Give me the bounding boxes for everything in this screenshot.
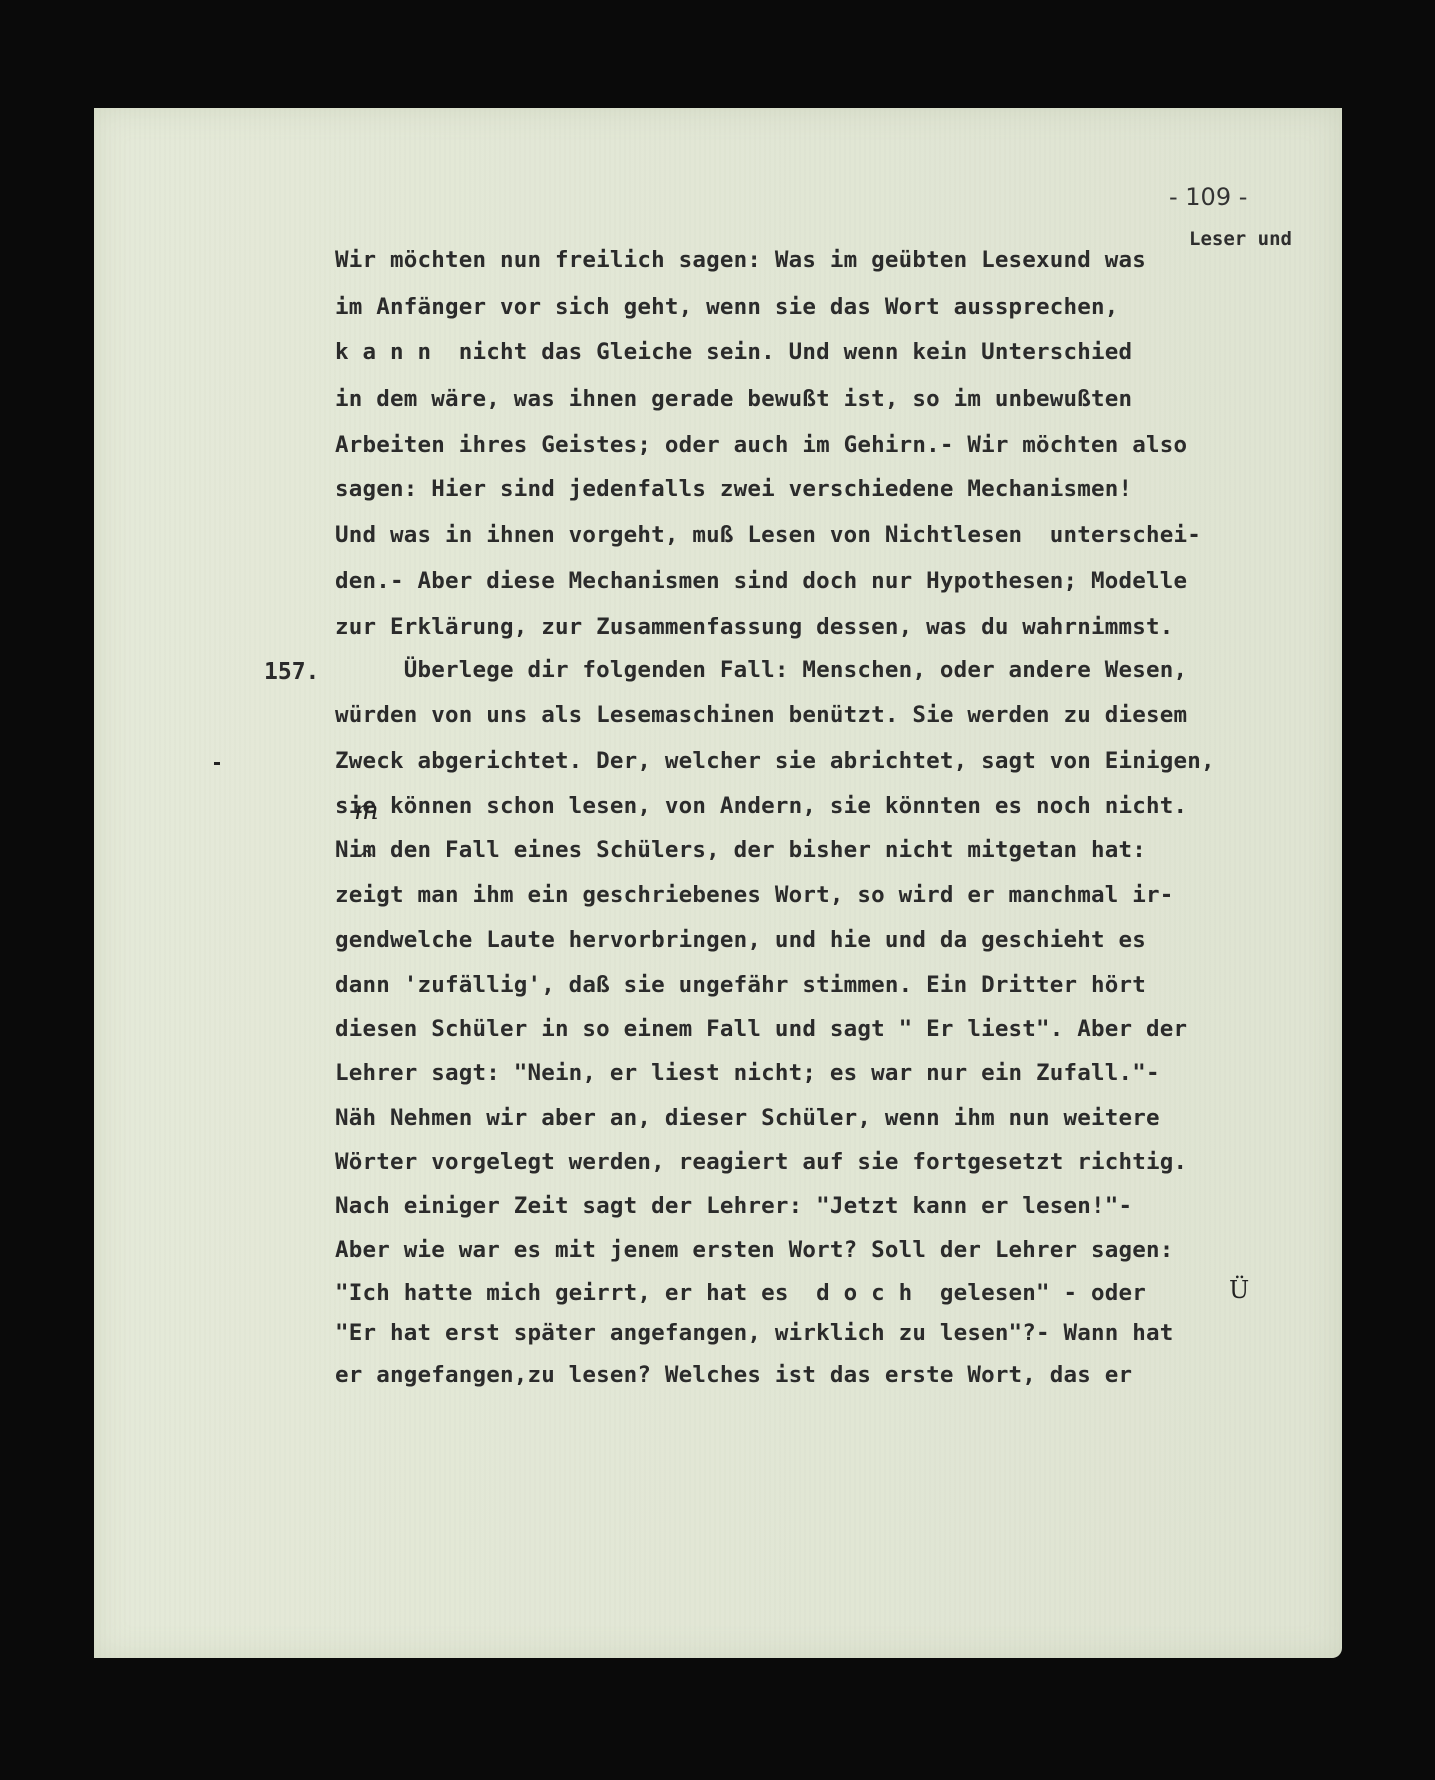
text-line: gendwelche Laute hervorbringen, und hie … — [335, 929, 1146, 952]
text-line: Wir möchten nun freilich sagen: Was im g… — [335, 249, 1146, 272]
text-line: Zweck abgerichtet. Der, welcher sie abri… — [335, 750, 1215, 773]
text-line: Aber wie war es mit jenem ersten Wort? S… — [335, 1239, 1174, 1262]
text-line: "Ich hatte mich geirrt, er hat es d o c … — [335, 1282, 1146, 1305]
text-line: Nim den Fall eines Schülers, der bisher … — [335, 839, 1146, 862]
text-line: dann 'zufällig', daß sie ungefähr stimme… — [335, 974, 1146, 997]
typescript-page: - 109 - Leser und Wir möchten nun freili… — [94, 108, 1342, 1658]
text-line: zur Erklärung, zur Zusammenfassung desse… — [335, 616, 1174, 639]
text-line: k a n n nicht das Gleiche sein. Und wenn… — [335, 341, 1132, 364]
text-line: sagen: Hier sind jedenfalls zwei verschi… — [335, 478, 1132, 501]
text-line: zeigt man ihm ein geschriebenes Wort, so… — [335, 884, 1174, 907]
text-line: Nach einiger Zeit sagt der Lehrer: "Jetz… — [335, 1195, 1132, 1218]
handwritten-mark: Ü — [1229, 1276, 1249, 1304]
text-line: er angefangen,zu lesen? Welches ist das … — [335, 1364, 1132, 1387]
ink-speck — [214, 762, 220, 765]
text-line: Überlege dir folgenden Fall: Menschen, o… — [335, 659, 1187, 682]
text-line: Und was in ihnen vorgeht, muß Lesen von … — [335, 524, 1201, 547]
section-number: 157. — [264, 659, 319, 685]
text-line: würden von uns als Lesemaschinen benützt… — [335, 704, 1187, 727]
handwritten-insertion: m — [354, 796, 379, 826]
text-line: "Er hat erst später angefangen, wirklich… — [335, 1322, 1174, 1345]
text-line: Lehrer sagt: "Nein, er liest nicht; es w… — [335, 1062, 1160, 1085]
text-line: diesen Schüler in so einem Fall und sagt… — [335, 1018, 1187, 1041]
text-line: Arbeiten ihres Geistes; oder auch im Geh… — [335, 434, 1187, 457]
text-line: den.- Aber diese Mechanismen sind doch n… — [335, 570, 1187, 593]
page-number: - 109 - — [1169, 183, 1247, 211]
typed-insertion: Leser und — [1189, 228, 1292, 250]
text-line: im Anfänger vor sich geht, wenn sie das … — [335, 296, 1119, 319]
text-line: in dem wäre, was ihnen gerade bewußt ist… — [335, 388, 1132, 411]
text-line: Wörter vorgelegt werden, reagiert auf si… — [335, 1151, 1187, 1174]
text-line: Näh Nehmen wir aber an, dieser Schüler, … — [335, 1107, 1160, 1130]
text-line: sie können schon lesen, von Andern, sie … — [335, 795, 1187, 818]
